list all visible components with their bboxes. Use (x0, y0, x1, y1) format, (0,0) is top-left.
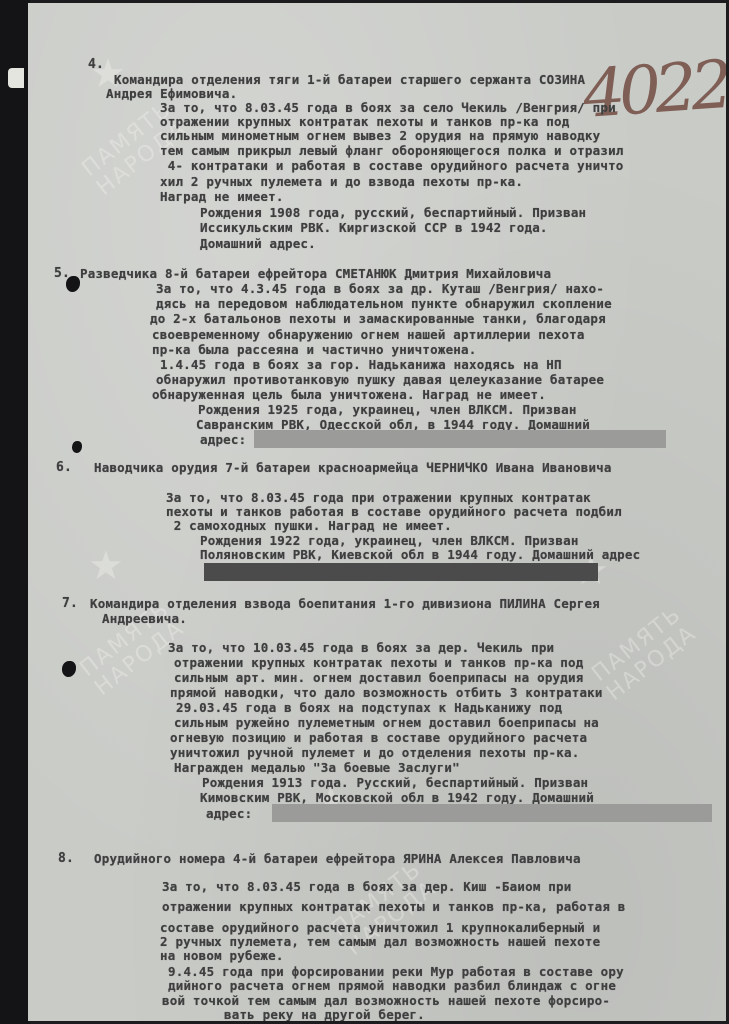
entry-bio-line: Рождения 1908 года, русский, беспартийны… (200, 206, 586, 219)
entry-body-line: отражении крупных контратак пехоты и тан… (162, 900, 626, 913)
entry-heading: Андреевича. (102, 612, 187, 625)
redacted-address (272, 804, 712, 822)
punch-hole (62, 661, 76, 677)
entry-body-line: За то, что 4.3.45 года в боях за др. Кут… (156, 282, 604, 295)
entry-body-line: дясь на передовом наблюдательном пункте … (156, 297, 612, 310)
entry-bio-line: Рождения 1913 года. Русский, беспартийны… (202, 776, 588, 789)
entry-body-line: пехоты и танков работая в составе орудий… (166, 505, 622, 518)
entry-body-line: За то, что 10.03.45 года в боях за дер. … (168, 641, 554, 654)
entry-body-line: своевременному обнаружению огнем нашей а… (152, 328, 585, 341)
entry-body-line: обнаруженная цель была уничтожена. Награ… (152, 388, 546, 401)
entry-number: 8. (58, 852, 74, 865)
entry-heading: Андрея Ефимовича. (106, 87, 237, 100)
entry-bio-line: Поляновским РВК, Киевской обл в 1944 год… (200, 548, 640, 561)
entry-number: 5. (54, 267, 70, 280)
watermark: ПАМЯТЬНАРОДА (588, 602, 701, 705)
entry-body-line: сильным ружейно пулеметным огнем достави… (174, 716, 599, 729)
entry-body-line: 4- контратаки и работая в составе орудий… (160, 159, 624, 172)
entry-heading: Командира отделения взвода боепитания 1-… (90, 597, 600, 610)
entry-body-line: отражении крупных контратак пехоты и тан… (174, 656, 583, 669)
entry-body-line: на новом рубеже. (160, 949, 284, 962)
entry-number: 6. (56, 461, 72, 474)
scan-border-left (0, 0, 30, 1024)
entry-heading: Орудийного номера 4-й батареи ефрейтора … (94, 852, 581, 865)
entry-body-line: хил 2 ручных пулемета и до взвода пехоты… (160, 175, 523, 188)
entry-bio-line: адрес: (206, 807, 252, 820)
entry-body-line: до 2-х батальонов пехоты и замаскированн… (150, 312, 606, 325)
redacted-address (204, 563, 598, 581)
document-page: ★ ПАМЯТЬНАРОДА ★ ПАМЯТЬНАРОДА ★ ПАМЯТЬНА… (28, 3, 726, 1021)
redacted-address (254, 430, 666, 448)
entry-award-status: Наград не имеет. (160, 190, 284, 203)
paper-tab (8, 68, 24, 88)
entry-number: 7. (62, 597, 78, 610)
entry-body-line: уничтожил ручной пулемет и до отделения … (170, 746, 579, 759)
entry-body-line: дийного расчета огнем прямой наводки раз… (168, 979, 616, 992)
entry-award-status: 2 самоходных пушки. Наград не имеет. (166, 519, 452, 532)
watermark-star-icon: ★ (88, 543, 124, 589)
entry-heading: Командира отделения тяги 1-й батареи ста… (114, 73, 585, 86)
entry-body-line: обнаружил противотанковую пушку давая це… (156, 373, 604, 386)
entry-body-line: пр-ка была рассеяна и частично уничтожен… (152, 343, 476, 356)
entry-body-line: 2 ручных пулемета, тем самым дал возможн… (160, 935, 600, 948)
entry-heading: Наводчика орудия 7-й батареи красноармей… (94, 461, 612, 474)
entry-body-line: составе орудийного расчета уничтожил 1 к… (160, 921, 600, 934)
entry-award-status: Награжден медалью "За боевые Заслуги" (174, 761, 460, 774)
entry-body-line: вать реку на другой берег. (224, 1008, 425, 1021)
entry-bio-line: Кимовским РВК, Московской обл в 1942 год… (200, 791, 594, 804)
entry-body-line: сильным арт. мин. огнем доставил боеприп… (174, 671, 583, 684)
entry-body-line: прямой наводки, что дало возможность отб… (170, 686, 603, 699)
entry-body-line: За то, что 8.03.45 года при отражении кр… (166, 491, 591, 504)
entry-bio-line: Домашний адрес. (200, 237, 316, 250)
entry-body-line: сильным минометным огнем вывез 2 орудия … (160, 129, 600, 142)
entry-bio-line: Рождения 1925 года, украинец, член ВЛКСМ… (198, 403, 577, 416)
entry-bio-line: Иссикульским РВК. Киргизской ССР в 1942 … (200, 221, 548, 234)
punch-hole (72, 441, 82, 453)
entry-body-line: 9.4.45 года при форсировании реки Мур ра… (168, 965, 624, 978)
handwritten-number: 4022 (580, 46, 726, 133)
entry-body-line: отражении крупных контратак пехоты и тан… (160, 115, 569, 128)
entry-body-line: За то, что 8.03.45 года в боях за село Ч… (160, 101, 616, 114)
entry-body-line: вой точкой тем самым дал возможность наш… (162, 994, 610, 1007)
entry-heading: Разведчика 8-й батареи ефрейтора СМЕТАНЮ… (80, 267, 551, 280)
entry-body-line: огневую позицию и работая в составе оруд… (170, 731, 587, 744)
entry-body-line: 29.03.45 года в боях на подступах к Надь… (176, 701, 562, 714)
entry-body-line: 1.4.45 года в боях за гор. Надьканижа на… (160, 358, 562, 371)
entry-bio-line: адрес: (200, 433, 246, 446)
entry-body-line: тем самым прикрыл левый фланг обороняюще… (160, 144, 624, 157)
entry-body-line: За то, что 8.03.45 года в боях за дер. К… (162, 880, 571, 893)
entry-number: 4. (88, 58, 104, 71)
entry-bio-line: Рождения 1922 года, украинец, член ВЛКСМ… (200, 534, 579, 547)
